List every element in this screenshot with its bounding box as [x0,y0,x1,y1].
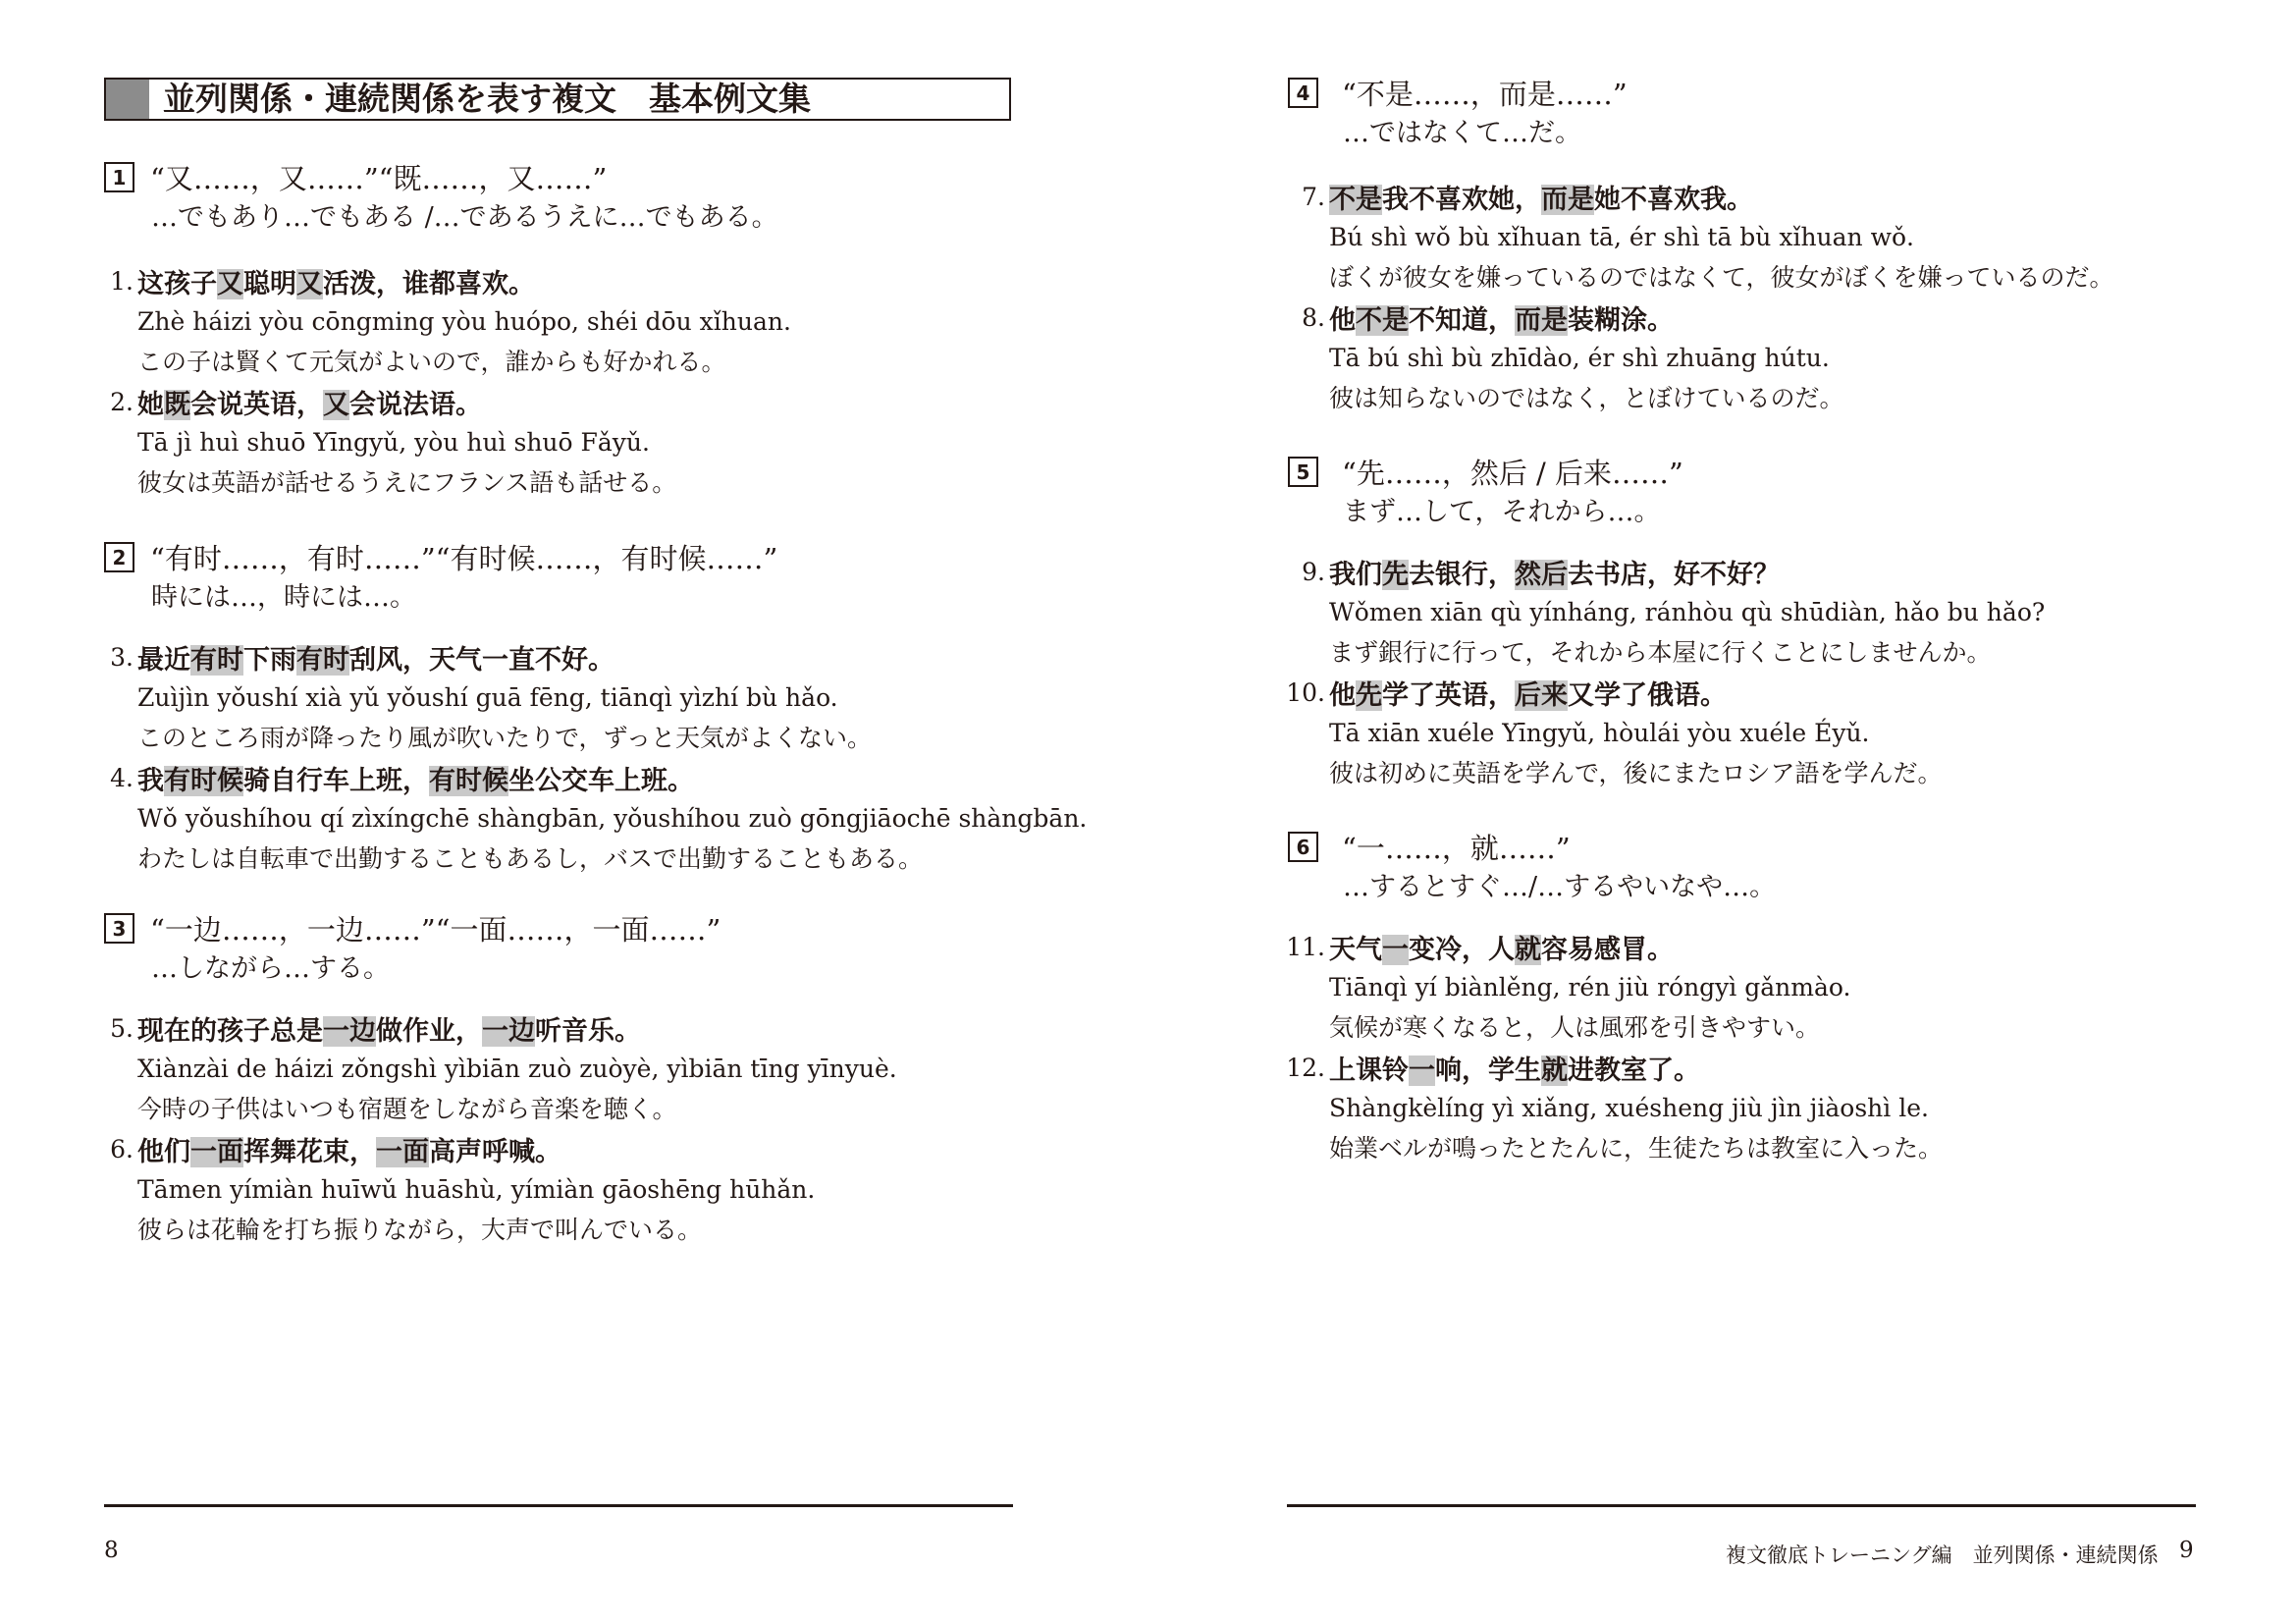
sentence-fragment: 响，学生 [1435,1056,1541,1086]
sentence-fragment: 上课铃 [1329,1056,1409,1086]
sentence-fragment: 不知道， [1409,305,1515,336]
highlighted-keyword: 一面 [376,1137,429,1167]
section-number-box: 1 [104,162,134,192]
japanese-translation: 彼女は英語が話せるうえにフランス語も話せる。 [137,462,791,503]
sentence-fragment: 他 [1329,680,1356,711]
japanese-translation: ぼくが彼女を嫌っているのではなくて，彼女がぼくを嫌っているのだ。 [1329,257,2114,298]
section-heading: 1 “又……，又……”“既……，又……” [104,157,791,197]
footer-rule [1287,1504,2196,1507]
sentence-fragment: 做作业， [376,1016,482,1047]
section-meaning: …しながら…する。 [151,948,897,989]
page-title-box: 並列関係・連続関係を表す複文 基本例文集 [104,78,1011,121]
section-meaning: …ではなくて…だ。 [1343,113,2114,153]
section-pattern: “有时……，有时……”“有时候……，有时候……” [150,537,777,577]
highlighted-keyword: 而是 [1515,305,1568,336]
highlighted-keyword: 不是 [1356,305,1409,336]
sentence-fragment: 下雨 [243,645,296,676]
sentence-number: 12. [1282,1054,1325,1082]
page-number: 9 [2179,1538,2194,1563]
pinyin: Shàngkèlíng yì xiǎng, xuésheng jiù jìn j… [1329,1088,1943,1128]
pinyin: Wǒ yǒushíhou qí zìxíngchē shàngbān, yǒus… [137,798,1087,839]
section-1: 1 “又……，又……”“既……，又……” …でもあり…でもある /…であるうえに… [104,157,791,503]
chinese-sentence: 最近有时下雨有时刮风，天气一直不好。 [137,638,614,677]
japanese-translation: このところ雨が降ったり風が吹いたりで，ずっと天気がよくない。 [137,718,1087,758]
footer-rule [104,1504,1013,1507]
sentence-fragment: 高声呼喊。 [429,1137,561,1167]
highlighted-keyword: 有时 [296,645,349,676]
left-page: 並列関係・連続関係を表す複文 基本例文集 1 “又……，又……”“既……，又……… [0,0,1148,1624]
example-sentence-9: 9. 我们先去银行，然后去书店，好不好？ Wǒmen xiān qù yínhá… [1282,552,2045,673]
japanese-translation: 今時の子供はいつも宿題をしながら音楽を聴く。 [137,1089,897,1129]
pinyin: Tā bú shì bù zhīdào, ér shì zhuāng hútu. [1329,338,2114,378]
section-meaning: …するとすぐ…/…するやいなや…。 [1343,867,1943,907]
example-sentence-8: 8. 他不是不知道，而是装糊涂。 Tā bú shì bù zhīdào, ér… [1282,298,2114,418]
pinyin: Wǒmen xiān qù yínháng, ránhòu qù shūdiàn… [1329,592,2045,632]
sentence-fragment: 听音乐。 [535,1016,641,1047]
section-number-box: 2 [104,542,134,572]
section-number-box: 4 [1288,78,1318,108]
sentence-number: 2. [94,388,133,416]
highlighted-keyword: 又 [296,269,323,299]
sentence-fragment: 去银行， [1409,560,1515,590]
sentence-number: 3. [94,643,133,672]
sentence-fragment: 进教室了。 [1568,1056,1700,1086]
highlighted-keyword: 有时候 [164,766,243,796]
chinese-sentence: 他先学了英语，后来又学了俄语。 [1329,674,1727,712]
section-pattern: “一边……，一边……”“一面……，一面……” [150,908,721,948]
pinyin: Tā xiān xuéle Yīngyǔ, hòulái yòu xuéle É… [1329,713,2045,753]
chinese-sentence: 不是我不喜欢她，而是她不喜欢我。 [1329,178,1753,216]
sentence-fragment: 又学了俄语。 [1568,680,1727,711]
japanese-translation: 彼らは花輪を打ち振りながら，大声で叫んでいる。 [137,1210,897,1250]
section-pattern: “先……，然后 / 后来……” [1342,452,1683,492]
sentence-number: 6. [94,1135,133,1164]
highlighted-keyword: 然后 [1515,560,1568,590]
sentence-fragment: 去书店，好不好？ [1568,560,1780,590]
example-sentence-5: 5. 现在的孩子总是一边做作业，一边听音乐。 Xiànzài de háizi … [94,1008,897,1129]
sentence-fragment: 我们 [1329,560,1382,590]
pinyin: Bú shì wǒ bù xǐhuan tā, ér shì tā bù xǐh… [1329,217,2114,257]
section-meaning: …でもあり…でもある /…であるうえに…でもある。 [151,197,791,238]
sentence-fragment: 聪明 [243,269,296,299]
title-gray-block [106,80,149,119]
sentence-number: 5. [94,1014,133,1043]
sentence-fragment: 坐公交车上班。 [508,766,694,796]
example-sentence-3: 3. 最近有时下雨有时刮风，天气一直不好。 Zuìjìn yǒushí xià … [94,637,1087,758]
section-5: 5 “先……，然后 / 后来……” まず…して，それから…。 9. 我们先去银行… [1288,452,2045,793]
highlighted-keyword: 一面 [190,1137,243,1167]
running-head: 複文徹底トレーニング編 並列関係・連続関係 [1726,1540,2159,1569]
sentence-fragment: 最近 [137,645,190,676]
sentence-fragment: 他 [1329,305,1356,336]
japanese-translation: この子は賢くて元気がよいので，誰からも好かれる。 [137,342,791,382]
highlighted-keyword: 一 [1382,935,1409,965]
page-number: 8 [104,1538,119,1563]
chinese-sentence: 上课铃一响，学生就进教室了。 [1329,1049,1700,1087]
section-number-box: 3 [104,913,134,944]
section-6: 6 “一……，就……” …するとすぐ…/…するやいなや…。 11. 天气一变冷，… [1288,827,1943,1168]
sentence-fragment: 变冷，人 [1409,935,1515,965]
section-heading: 5 “先……，然后 / 后来……” [1288,452,2045,492]
sentence-fragment: 天气 [1329,935,1382,965]
japanese-translation: わたしは自転車で出勤することもあるし，バスで出勤することもある。 [137,839,1087,879]
chinese-sentence: 我们先去银行，然后去书店，好不好？ [1329,553,1780,591]
example-sentence-2: 2. 她既会说英语，又会说法语。 Tā jì huì shuō Yīngyǔ, … [94,382,791,503]
sentence-fragment: 我 [137,766,164,796]
chinese-sentence: 他不是不知道，而是装糊涂。 [1329,298,1674,337]
sentence-fragment: 骑自行车上班， [243,766,429,796]
section-number-box: 5 [1288,457,1318,487]
highlighted-keyword: 而是 [1541,185,1594,215]
sentence-fragment: 挥舞花束， [243,1137,376,1167]
japanese-translation: 気候が寒くなると，人は風邪を引きやすい。 [1329,1007,1943,1048]
section-pattern: “又……，又……”“既……，又……” [150,157,607,197]
chinese-sentence: 他们一面挥舞花束，一面高声呼喊。 [137,1130,561,1168]
section-number-box: 6 [1288,832,1318,862]
section-meaning: まず…して，それから…。 [1343,492,2045,532]
sentence-number: 7. [1282,183,1325,211]
highlighted-keyword: 后来 [1515,680,1568,711]
sentence-number: 10. [1282,678,1325,707]
chinese-sentence: 我有时候骑自行车上班，有时候坐公交车上班。 [137,759,694,797]
section-pattern: “一……，就……” [1342,827,1571,867]
chinese-sentence: 她既会说英语，又会说法语。 [137,383,482,421]
section-meaning: 時には…，時には…。 [151,577,1087,618]
chinese-sentence: 现在的孩子总是一边做作业，一边听音乐。 [137,1009,641,1048]
example-sentence-6: 6. 他们一面挥舞花束，一面高声呼喊。 Tāmen yímiàn huīwǔ h… [94,1129,897,1250]
japanese-translation: 彼は知らないのではなく，とぼけているのだ。 [1329,378,2114,418]
sentence-fragment: 学了英语， [1382,680,1515,711]
highlighted-keyword: 就 [1541,1056,1568,1086]
sentence-fragment: 会说英语， [190,390,323,420]
pinyin: Tā jì huì shuō Yīngyǔ, yòu huì shuō Fǎyǔ… [137,422,791,462]
sentence-fragment: 她 [137,390,164,420]
highlighted-keyword: 一边 [323,1016,376,1047]
highlighted-keyword: 不是 [1329,185,1382,215]
example-sentence-4: 4. 我有时候骑自行车上班，有时候坐公交车上班。 Wǒ yǒushíhou qí… [94,758,1087,879]
example-sentence-11: 11. 天气一变冷，人就容易感冒。 Tiānqì yí biànlěng, ré… [1282,927,1943,1048]
section-4: 4 “不是……，而是……” …ではなくて…だ。 7. 不是我不喜欢她，而是她不喜… [1288,73,2114,418]
sentence-number: 8. [1282,303,1325,332]
highlighted-keyword: 就 [1515,935,1541,965]
sentence-number: 1. [94,267,133,296]
sentence-fragment: 装糊涂。 [1568,305,1674,336]
japanese-translation: 彼は初めに英語を学んで，後にまたロシア語を学んだ。 [1329,753,2045,793]
sentence-number: 11. [1282,933,1325,961]
highlighted-keyword: 又 [217,269,243,299]
section-3: 3 “一边……，一边……”“一面……，一面……” …しながら…する。 5. 现在… [104,908,897,1250]
section-heading: 3 “一边……，一边……”“一面……，一面……” [104,908,897,948]
pinyin: Zhè háizi yòu cōngming yòu huópo, shéi d… [137,301,791,342]
example-sentence-12: 12. 上课铃一响，学生就进教室了。 Shàngkèlíng yì xiǎng,… [1282,1048,1943,1168]
highlighted-keyword: 有时 [190,645,243,676]
sentence-fragment: 我不喜欢她， [1382,185,1541,215]
highlighted-keyword: 一边 [482,1016,535,1047]
sentence-fragment: 容易感冒。 [1541,935,1674,965]
example-sentence-7: 7. 不是我不喜欢她，而是她不喜欢我。 Bú shì wǒ bù xǐhuan … [1282,177,2114,298]
section-2: 2 “有时……，有时……”“有时候……，有时候……” 時には…，時には…。 3.… [104,537,1087,879]
section-heading: 4 “不是……，而是……” [1288,73,2114,113]
sentence-fragment: 活泼，谁都喜欢。 [323,269,535,299]
chinese-sentence: 这孩子又聪明又活泼，谁都喜欢。 [137,262,535,300]
example-sentence-1: 1. 这孩子又聪明又活泼，谁都喜欢。 Zhè háizi yòu cōngmin… [94,261,791,382]
pinyin: Tāmen yímiàn huīwǔ huāshù, yímiàn gāoshē… [137,1169,897,1210]
sentence-number: 9. [1282,558,1325,586]
right-page: 4 “不是……，而是……” …ではなくて…だ。 7. 不是我不喜欢她，而是她不喜… [1148,0,2296,1624]
sentence-fragment: 他们 [137,1137,190,1167]
highlighted-keyword: 有时候 [429,766,508,796]
section-heading: 6 “一……，就……” [1288,827,1943,867]
japanese-translation: まず銀行に行って，それから本屋に行くことにしませんか。 [1329,632,2045,673]
sentence-number: 4. [94,764,133,792]
japanese-translation: 始業ベルが鳴ったとたんに，生徒たちは教室に入った。 [1329,1128,1943,1168]
sentence-fragment: 这孩子 [137,269,217,299]
sentence-fragment: 会说法语。 [349,390,482,420]
highlighted-keyword: 一 [1409,1056,1435,1086]
example-sentence-10: 10. 他先学了英语，后来又学了俄语。 Tā xiān xuéle Yīngyǔ… [1282,673,2045,793]
highlighted-keyword: 先 [1382,560,1409,590]
chinese-sentence: 天气一变冷，人就容易感冒。 [1329,928,1674,966]
highlighted-keyword: 既 [164,390,190,420]
sentence-fragment: 她不喜欢我。 [1594,185,1753,215]
highlighted-keyword: 又 [323,390,349,420]
page-title: 並列関係・連続関係を表す複文 基本例文集 [163,80,811,119]
pinyin: Xiànzài de háizi zǒngshì yìbiān zuò zuòy… [137,1049,897,1089]
highlighted-keyword: 先 [1356,680,1382,711]
section-pattern: “不是……，而是……” [1342,73,1628,113]
pinyin: Tiānqì yí biànlěng, rén jiù róngyì gǎnmà… [1329,967,1943,1007]
pinyin: Zuìjìn yǒushí xià yǔ yǒushí guā fēng, ti… [137,677,1087,718]
section-heading: 2 “有时……，有时……”“有时候……，有时候……” [104,537,1087,577]
sentence-fragment: 现在的孩子总是 [137,1016,323,1047]
sentence-fragment: 刮风，天气一直不好。 [349,645,614,676]
